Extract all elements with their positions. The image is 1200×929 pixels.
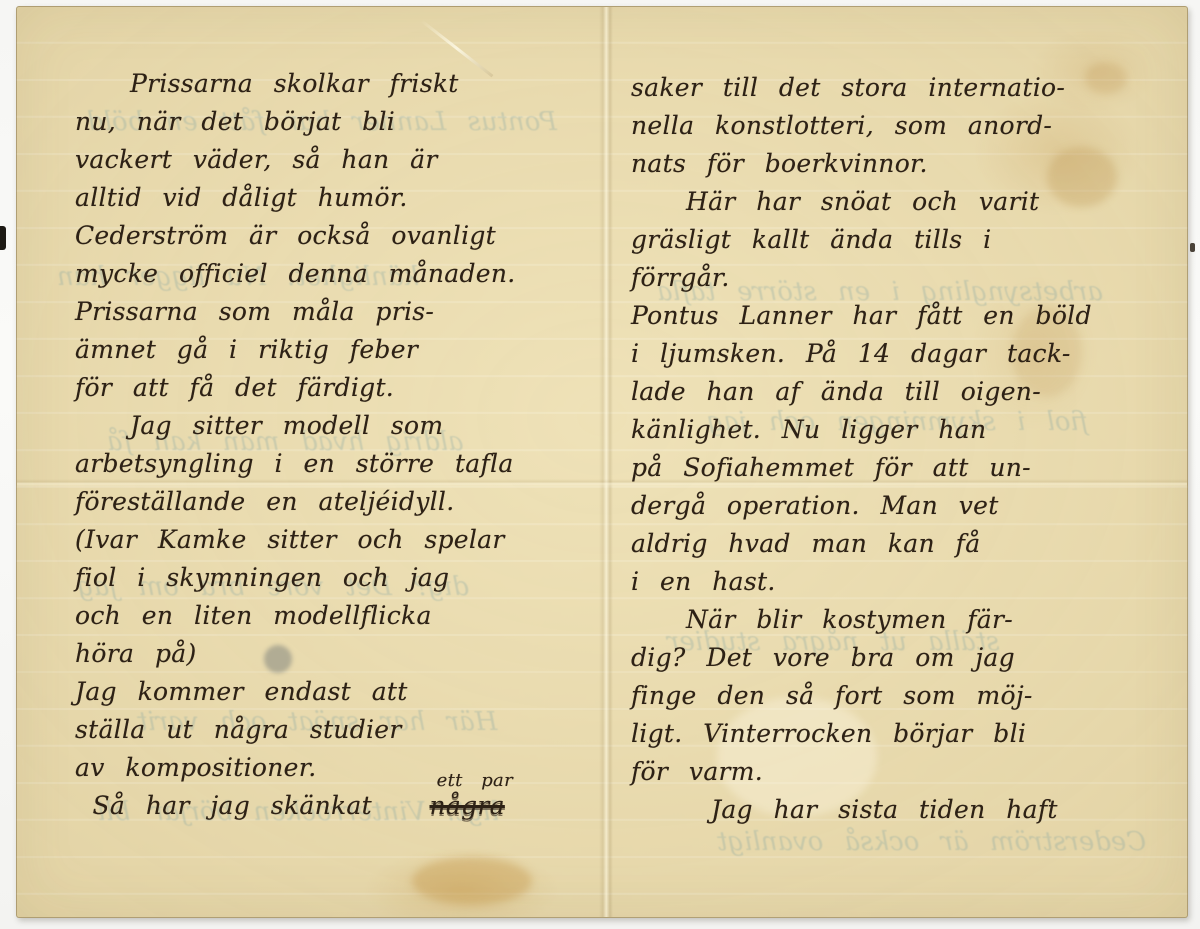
letter-sheet: Pontus Lanner har fått en böld känlighet… xyxy=(16,6,1188,918)
letter-page-right: saker till det stora internatio- nella k… xyxy=(631,69,1183,829)
handwritten-line: nu, när det börjat bli xyxy=(75,103,587,141)
handwritten-line: aldrig hvad man kan få xyxy=(631,525,1183,563)
handwritten-line: Jag kommer endast att xyxy=(75,673,587,711)
handwritten-line: arbetsyngling i en större tafla xyxy=(75,445,587,483)
handwritten-line: vackert väder, så han är xyxy=(75,141,587,179)
handwritten-line: på Sofiahemmet för att un- xyxy=(631,449,1183,487)
handwritten-line: i ljumsken. På 14 dagar tack- xyxy=(631,335,1183,373)
handwritten-line: ämnet gå i riktig feber xyxy=(75,331,587,369)
handwritten-line: Prissarna som måla pris- xyxy=(75,293,587,331)
handwritten-line: ligt. Vinterrocken börjar bli xyxy=(631,715,1183,753)
edge-mark xyxy=(0,226,6,250)
handwritten-line: nats för boerkvinnor. xyxy=(631,145,1183,183)
ghost-line: Cederström är också ovanligt xyxy=(717,827,1146,857)
vertical-fold-crease xyxy=(599,7,613,917)
handwritten-line: nella konstlotteri, som anord- xyxy=(631,107,1183,145)
stain xyxy=(412,857,532,905)
handwritten-line: dergå operation. Man vet xyxy=(631,487,1183,525)
handwritten-line: i en hast. xyxy=(631,563,1183,601)
handwritten-line: Prissarna skolkar friskt xyxy=(75,65,587,103)
handwritten-line: Pontus Lanner har fått en böld xyxy=(631,297,1183,335)
handwritten-line: dig? Det vore bra om jag xyxy=(631,639,1183,677)
handwritten-line: När blir kostymen fär- xyxy=(631,601,1183,639)
handwritten-line-with-correction: Så har jag skänkatett parnågra xyxy=(75,787,587,825)
handwritten-line: saker till det stora internatio- xyxy=(631,69,1183,107)
handwritten-line: mycke officiel denna månaden. xyxy=(75,255,587,293)
edge-mark xyxy=(1190,243,1195,252)
handwritten-line: Jag sitter modell som xyxy=(75,407,587,445)
handwritten-line: Cederström är också ovanligt xyxy=(75,217,587,255)
handwritten-line: föreställande en ateljéidyll. xyxy=(75,483,587,521)
handwritten-line: höra på) xyxy=(75,635,587,673)
handwritten-line: finge den så fort som möj- xyxy=(631,677,1183,715)
handwritten-line: för att få det färdigt. xyxy=(75,369,587,407)
struck-out-word: några xyxy=(429,791,504,820)
handwritten-line: Jag har sista tiden haft xyxy=(631,791,1183,829)
handwritten-line: förrgår. xyxy=(631,259,1183,297)
handwritten-line: känlighet. Nu ligger han xyxy=(631,411,1183,449)
handwritten-line: och en liten modellflicka xyxy=(75,597,587,635)
handwritten-line: (Ivar Kamke sitter och spelar xyxy=(75,521,587,559)
handwritten-line: gräsligt kallt ända tills i xyxy=(631,221,1183,259)
handwritten-line: lade han af ända till oigen- xyxy=(631,373,1183,411)
correction: ett parnågra xyxy=(412,787,505,825)
handwritten-line: fiol i skymningen och jag xyxy=(75,559,587,597)
correction-replacement-text: ett par xyxy=(419,772,513,790)
correction-prefix-text: Så har jag skänkat xyxy=(93,791,372,820)
handwritten-line: ställa ut några studier xyxy=(75,711,587,749)
handwritten-line: för varm. xyxy=(631,753,1183,791)
handwritten-line: Här har snöat och varit xyxy=(631,183,1183,221)
letter-page-left: Prissarna skolkar friskt nu, när det bör… xyxy=(75,65,587,825)
handwritten-line: alltid vid dåligt humör. xyxy=(75,179,587,217)
